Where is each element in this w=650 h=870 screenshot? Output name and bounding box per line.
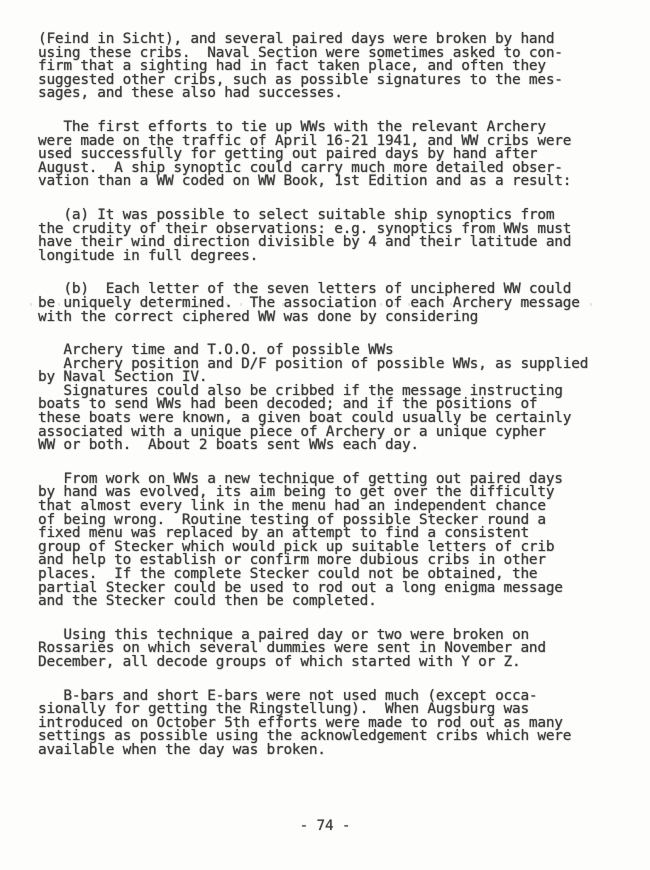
paragraph-1: (Feind in Sicht), and several paired day… xyxy=(38,33,628,101)
paragraph-7-rossaries: Using this technique a paired day or two… xyxy=(38,629,628,670)
paragraph-2: The first efforts to tie up WWs with the… xyxy=(38,121,628,189)
paragraph-8-augsburg: B-bars and short E-bars were not used mu… xyxy=(38,690,628,758)
page-body: (Feind in Sicht), and several paired day… xyxy=(38,33,628,778)
paragraph-5-archery-list: Archery time and T.O.O. of possible WWs … xyxy=(38,344,628,453)
scan-noise-artifact xyxy=(30,303,600,306)
document-page: (Feind in Sicht), and several paired day… xyxy=(0,0,650,870)
page-number: - 74 - xyxy=(0,818,650,834)
paragraph-6-stecker-technique: From work on WWs a new technique of gett… xyxy=(38,473,628,609)
paragraph-3-item-a: (a) It was possible to select suitable s… xyxy=(38,209,628,263)
